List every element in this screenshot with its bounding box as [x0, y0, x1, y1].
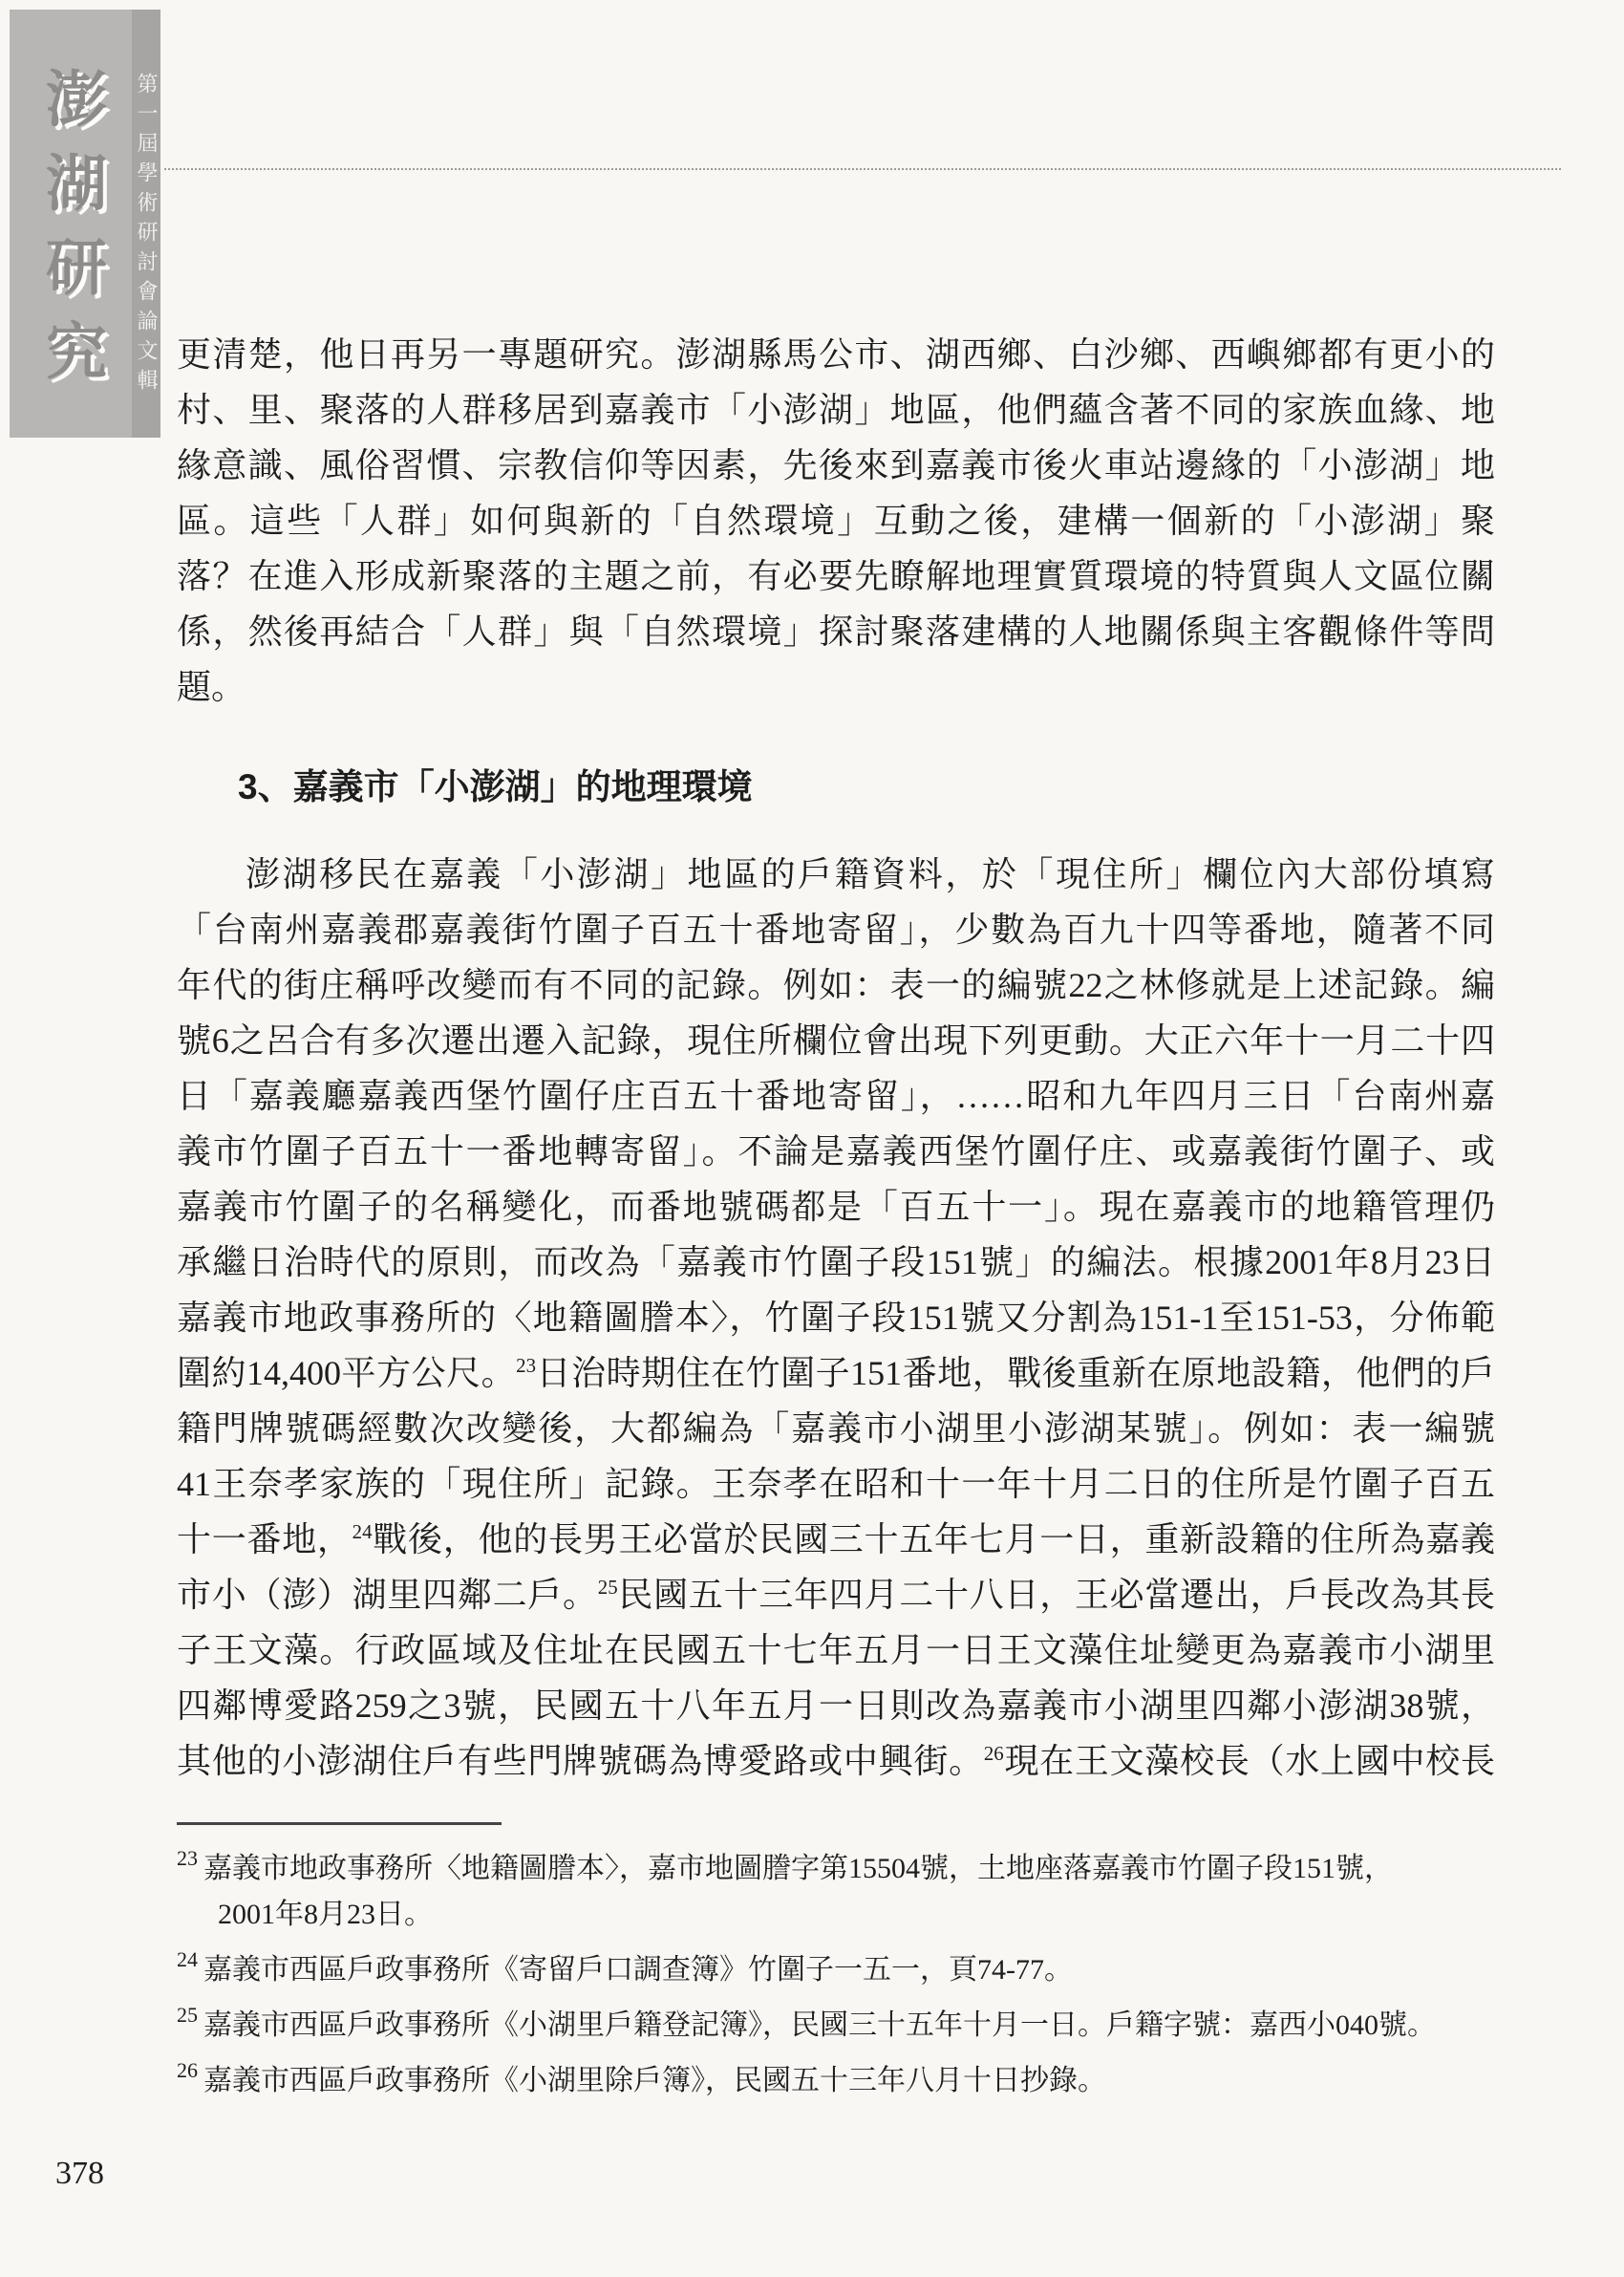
- footnote-text: 嘉義市地政事務所〈地籍圖謄本〉，嘉市地圖謄字第15504號，土地座落嘉義市竹圍子…: [203, 1846, 1495, 1938]
- text-line: 嘉義市地政事務所的〈地籍圖謄本〉，竹圍子段151號又分割為151-1至151-5…: [177, 1290, 1495, 1345]
- footnote-ref: 24: [353, 1520, 373, 1543]
- footnote-26: 26 嘉義市西區戶政事務所《小湖里除戶簿》，民國五十三年八月十日抄錄。: [177, 2058, 1495, 2104]
- text-line: 嘉義市西區戶政事務所《寄留戶口調查簿》竹圍子一五一，頁74-77。: [203, 1947, 1495, 1993]
- page-number: 378: [55, 2156, 104, 2192]
- footnote-separator-rule: [177, 1822, 502, 1825]
- text-line: 嘉義市西區戶政事務所《小湖里除戶簿》，民國五十三年八月十日抄錄。: [203, 2058, 1495, 2104]
- text-line: 落？在進入形成新聚落的主題之前，有必要先瞭解地理實質環境的特質與人文區位關: [177, 548, 1495, 604]
- text-line: 係，然後再結合「人群」與「自然環境」探討聚落建構的人地關係與主客觀條件等問: [177, 604, 1495, 659]
- text-line: 義市竹圍子百五十一番地轉寄留」。不論是嘉義西堡竹圍仔庄、或嘉義街竹圍子、或: [177, 1124, 1495, 1179]
- text-line: 嘉義市竹圍子的名稱變化，而番地號碼都是「百五十一」。現在嘉義市的地籍管理仍: [177, 1179, 1495, 1235]
- sidebar-subtitle-strip: 第一屆學術研討會論文輯: [132, 10, 160, 438]
- text-line: 號6之呂合有多次遷出遷入記錄，現住所欄位會出現下列更動。大正六年十一月二十四: [177, 1013, 1495, 1068]
- series-subtitle-vertical: 第一屆學術研討會論文輯: [136, 73, 157, 438]
- text-line: 子王文藻。行政區域及住址在民國五十七年五月一日王文藻住址變更為嘉義市小湖里: [177, 1622, 1495, 1678]
- text-line: 41王奈孝家族的「現住所」記錄。王奈孝在昭和十一年十月二日的住所是竹圍子百五: [177, 1456, 1495, 1512]
- text-line: 區。這些「人群」如何與新的「自然環境」互動之後，建構一個新的「小澎湖」聚: [177, 493, 1495, 548]
- footnote-number: 25: [177, 2001, 198, 2047]
- text-line: 承繼日治時代的原則，而改為「嘉義市竹圍子段151號」的編法。根據2001年8月2…: [177, 1235, 1495, 1290]
- footnotes-section: 23 嘉義市地政事務所〈地籍圖謄本〉，嘉市地圖謄字第15504號，土地座落嘉義市…: [177, 1846, 1495, 2104]
- section-heading: 3、嘉義市「小澎湖」的地理環境: [177, 760, 1495, 815]
- text-line: 日「嘉義廳嘉義西堡竹圍仔庄百五十番地寄留」，……昭和九年四月三日「台南州嘉: [177, 1068, 1495, 1124]
- text-line: 十一番地，24戰後，他的長男王必當於民國三十五年七月一日，重新設籍的住所為嘉義: [177, 1512, 1495, 1567]
- text-line: 年代的街庄稱呼改變而有不同的記錄。例如：表一的編號22之林修就是上述記錄。編: [177, 957, 1495, 1013]
- series-title-vertical: 澎湖研究: [40, 67, 101, 438]
- footnote-number: 24: [177, 1945, 198, 1991]
- footnote-ref: 26: [984, 1742, 1004, 1765]
- text-line: 嘉義市地政事務所〈地籍圖謄本〉，嘉市地圖謄字第15504號，土地座落嘉義市竹圍子…: [203, 1846, 1495, 1892]
- text-line: 緣意識、風俗習慣、宗教信仰等因素，先後來到嘉義市後火車站邊緣的「小澎湖」地: [177, 438, 1495, 493]
- text-line: 2001年8月23日。: [203, 1892, 1495, 1938]
- footnote-text: 嘉義市西區戶政事務所《小湖里除戶簿》，民國五十三年八月十日抄錄。: [203, 2058, 1495, 2104]
- footnote-ref: 23: [516, 1354, 536, 1377]
- text-line: 村、里、聚落的人群移居到嘉義市「小澎湖」地區，他們蘊含著不同的家族血緣、地: [177, 382, 1495, 438]
- text-line: 市小（澎）湖里四鄰二戶。25民國五十三年四月二十八日，王必當遷出，戶長改為其長: [177, 1567, 1495, 1622]
- footnote-24: 24 嘉義市西區戶政事務所《寄留戶口調查簿》竹圍子一五一，頁74-77。: [177, 1947, 1495, 1993]
- header-dotted-rule: [164, 168, 1561, 170]
- text-line: 其他的小澎湖住戶有些門牌號碼為博愛路或中興街。26現在王文藻校長（水上國中校長: [177, 1733, 1495, 1789]
- footnote-text: 嘉義市西區戶政事務所《寄留戶口調查簿》竹圍子一五一，頁74-77。: [203, 1947, 1495, 1993]
- body-paragraph-1: 更清楚，他日再另一專題研究。澎湖縣馬公市、湖西鄉、白沙鄉、西嶼鄉都有更小的村、里…: [177, 327, 1495, 715]
- footnote-number: 23: [177, 1844, 198, 1936]
- text-line: 嘉義市西區戶政事務所《小湖里戶籍登記簿》，民國三十五年十月一日。戶籍字號：嘉西小…: [203, 2003, 1495, 2049]
- text-line: 「台南州嘉義郡嘉義街竹圍子百五十番地寄留」，少數為百九十四等番地，隨著不同: [177, 902, 1495, 957]
- footnote-25: 25 嘉義市西區戶政事務所《小湖里戶籍登記簿》，民國三十五年十月一日。戶籍字號：…: [177, 2003, 1495, 2049]
- body-paragraph-2: 澎湖移民在嘉義「小澎湖」地區的戶籍資料，於「現住所」欄位內大部份填寫「台南州嘉義…: [177, 847, 1495, 1789]
- main-text-column: 更清楚，他日再另一專題研究。澎湖縣馬公市、湖西鄉、白沙鄉、西嶼鄉都有更小的村、里…: [177, 327, 1495, 2114]
- footnote-text: 嘉義市西區戶政事務所《小湖里戶籍登記簿》，民國三十五年十月一日。戶籍字號：嘉西小…: [203, 2003, 1495, 2049]
- footnote-23: 23 嘉義市地政事務所〈地籍圖謄本〉，嘉市地圖謄字第15504號，土地座落嘉義市…: [177, 1846, 1495, 1938]
- text-line: 更清楚，他日再另一專題研究。澎湖縣馬公市、湖西鄉、白沙鄉、西嶼鄉都有更小的: [177, 327, 1495, 382]
- text-line: 圍約14,400平方公尺。23日治時期住在竹圍子151番地，戰後重新在原地設籍，…: [177, 1345, 1495, 1401]
- scanned-document-page: 澎湖研究 第一屆學術研討會論文輯 更清楚，他日再另一專題研究。澎湖縣馬公市、湖西…: [0, 0, 1624, 2277]
- text-line: 四鄰博愛路259之3號，民國五十八年五月一日則改為嘉義市小湖里四鄰小澎湖38號，: [177, 1678, 1495, 1733]
- text-line: 籍門牌號碼經數次改變後，大都編為「嘉義市小湖里小澎湖某號」。例如：表一編號: [177, 1401, 1495, 1456]
- text-line: 澎湖移民在嘉義「小澎湖」地區的戶籍資料，於「現住所」欄位內大部份填寫: [177, 847, 1495, 902]
- sidebar-series-title-box: 澎湖研究: [10, 10, 132, 438]
- footnote-number: 26: [177, 2056, 198, 2102]
- text-line: 題。: [177, 659, 1495, 715]
- footnote-ref: 25: [598, 1576, 618, 1599]
